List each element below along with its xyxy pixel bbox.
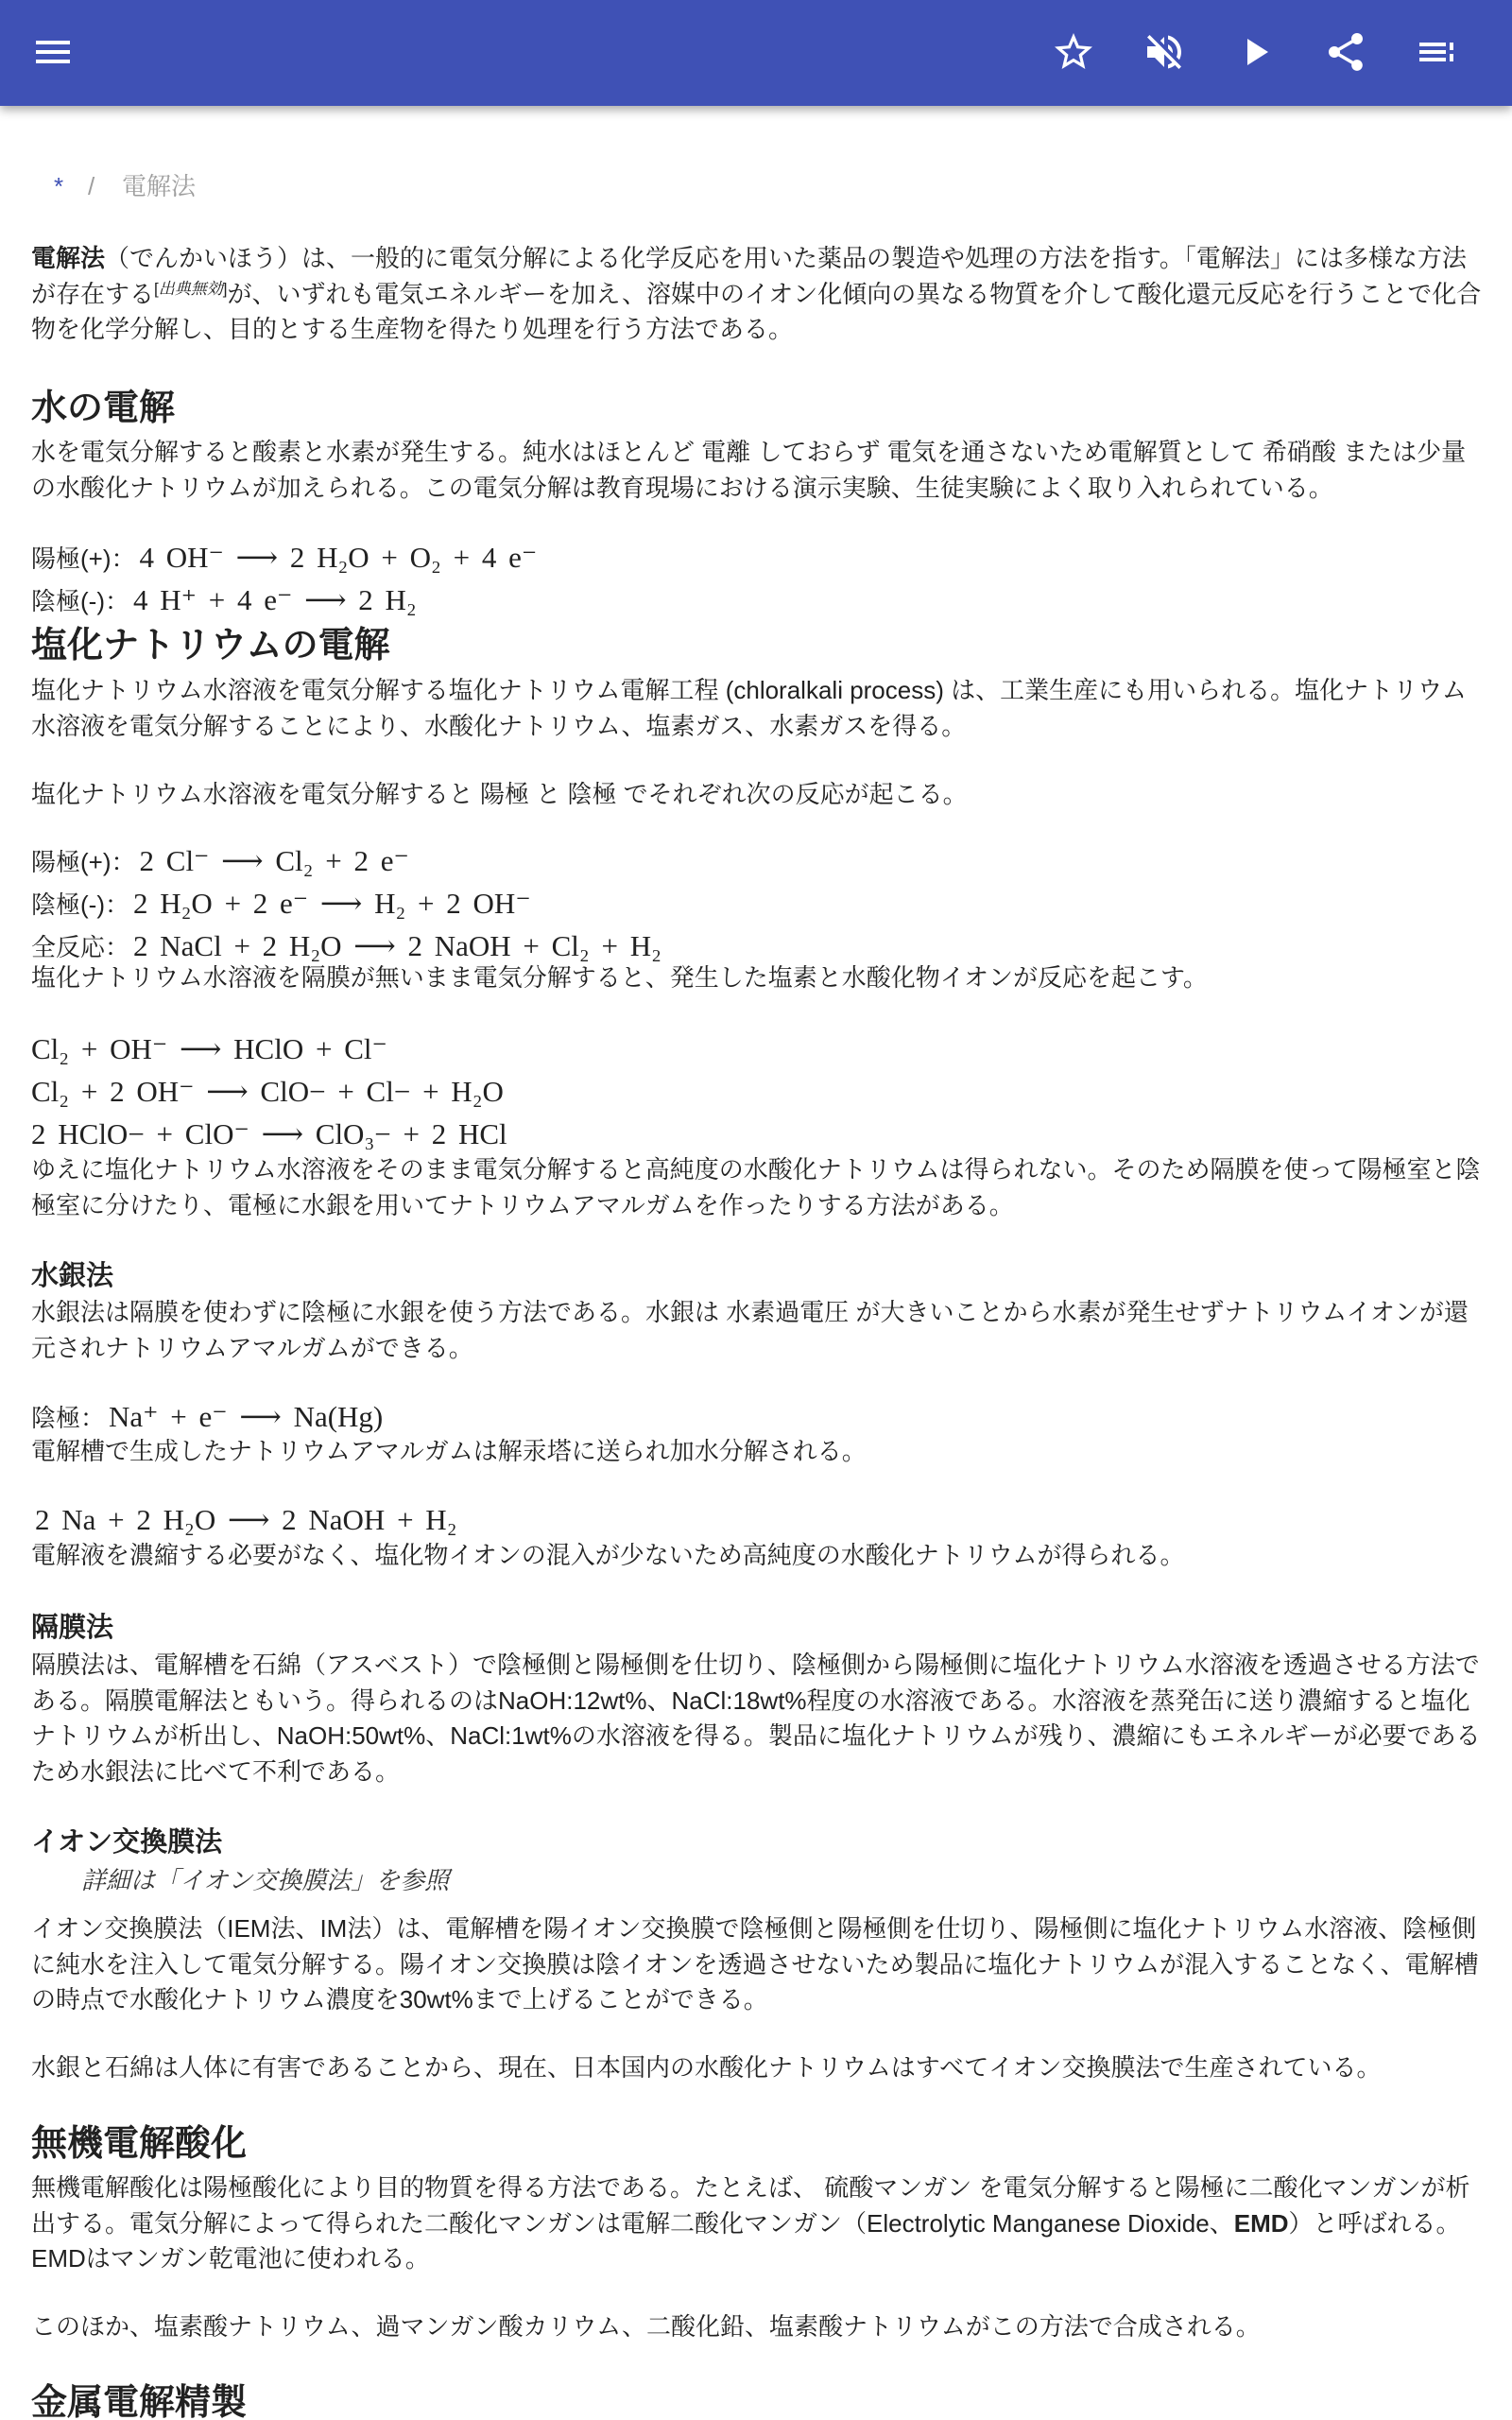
volume-off-icon [1142,29,1187,75]
menu-button[interactable] [30,29,76,75]
nacl-electrode-equations: 陽極(+)：2 Cl⁻ ⟶ Cl₂ + 2 e⁻ 陰極(-)：2 H₂O + 2… [31,840,1488,968]
section-heading-nacl-electrolysis: 塩化ナトリウムの電解 [31,624,1488,667]
mercury-paragraph-1: 水銀法は隔膜を使わずに陰極に水銀を使う方法である。水銀は 水素過電圧 が大きいこ… [31,1295,1488,1366]
water-equations: 陽極(+)：4 OH⁻ ⟶ 2 H₂O + O₂ + 4 e⁻ 陰極(-)：4 … [31,537,1488,622]
link-ionization[interactable]: 電離 [701,438,750,466]
equation-formula: 2 NaCl + 2 H₂O ⟶ 2 NaOH + Cl₂ + H₂ [133,929,661,962]
nacl-paragraph-2: 塩化ナトリウム水溶液を電気分解すると 陽極 と 陰極 でそれぞれ次の反応が起こる… [31,777,1488,813]
subsection-heading-mercury-process: 水銀法 [31,1257,1488,1295]
citation-text: 出典無効 [159,280,223,298]
equation-mercury-cathode: 陰極：Na⁺ + e⁻ ⟶ Na(Hg) [31,1396,1488,1439]
ion-exchange-paragraph-1: イオン交換膜法（IEM法、IM法）は、電解槽を陽イオン交換膜で陰極側と陽極側を仕… [31,1911,1488,2018]
water-paragraph: 水を電気分解すると酸素と水素が発生する。純水はほとんど 電離 しておらず 電気を… [31,435,1488,506]
equation-label: 陰極(-)： [31,587,129,615]
nacl-side-equations: Cl₂ + OH⁻ ⟶ HClO + Cl⁻ Cl₂ + 2 OH⁻ ⟶ ClO… [31,1028,1488,1156]
inorganic-paragraph-2: このほか、塩素酸ナトリウム、過マンガン酸カリウム、二酸化鉛、塩素酸ナトリウムがこ… [31,2309,1488,2345]
subsection-heading-diaphragm-process: 隔膜法 [31,1609,1488,1647]
nacl-paragraph-4: ゆえに塩化ナトリウム水溶液をそのまま電気分解すると高純度の水酸化ナトリウムは得ら… [31,1152,1488,1223]
link-anode[interactable]: 陽極 [480,780,529,808]
equation-formula: Cl₂ + 2 OH⁻ ⟶ ClO− + Cl− + H₂O [31,1075,504,1108]
intro-text-continued: が、いずれも電気エネルギーを加え、溶媒中のイオン化傾向の異なる物質を介して酸化還… [31,280,1481,344]
equation-side-3: 2 HClO− + ClO⁻ ⟶ ClO₃− + 2 HCl [31,1114,1488,1156]
text: 塩化ナトリウム水溶液を電気分解すると [31,780,480,808]
share-button[interactable] [1323,29,1368,75]
equation-label: 陽極(+)： [31,848,136,876]
toc-icon [1414,29,1459,75]
equation-formula: 2 Na + 2 H₂O ⟶ 2 NaOH + H₂ [35,1503,457,1536]
equation-formula: 4 H⁺ + 4 e⁻ ⟶ 2 H₂ [133,583,417,616]
nacl-paragraph-3: 塩化ナトリウム水溶液を隔膜が無いまま電気分解すると、発生した塩素と水酸化物イオン… [31,960,1488,996]
play-icon [1232,29,1278,75]
bookmark-button[interactable] [1051,29,1096,75]
equation-side-1: Cl₂ + OH⁻ ⟶ HClO + Cl⁻ [31,1028,1488,1071]
equation-side-2: Cl₂ + 2 OH⁻ ⟶ ClO− + Cl− + H₂O [31,1071,1488,1114]
text: 水銀法は隔膜を使わずに陰極に水銀を使う方法である。水銀は [31,1298,726,1326]
citation-needed[interactable]: [出典無効] [154,280,227,298]
equation-label: 全反応： [31,933,129,961]
breadcrumb-separator: / [88,168,94,204]
text: しておらず 電気を通さないため電解質として [750,438,1263,466]
equation-formula: 2 H₂O + 2 e⁻ ⟶ H₂ + 2 OH⁻ [133,887,531,920]
mute-button[interactable] [1142,29,1187,75]
breadcrumb-current: 電解法 [122,168,196,204]
diaphragm-paragraph: 隔膜法は、電解槽を石綿（アスベスト）で陰極側と陽極側を仕切り、陰極側から陽極側に… [31,1648,1488,1790]
star-outline-icon [1051,29,1096,75]
article-term: 電解法 [31,244,105,272]
app-bar [0,0,1512,106]
text: でそれぞれ次の反応が起こる。 [616,780,967,808]
equation-formula: 4 OH⁻ ⟶ 2 H₂O + O₂ + 4 e⁻ [140,541,538,574]
equation-formula: 2 Cl⁻ ⟶ Cl₂ + 2 e⁻ [140,844,409,877]
link-cathode[interactable]: 陰極 [567,780,616,808]
share-icon [1323,29,1368,75]
equation-formula: Cl₂ + OH⁻ ⟶ HClO + Cl⁻ [31,1032,387,1065]
intro-paragraph: 電解法（でんかいほう）は、一般的に電気分解による化学反応を用いた薬品の製造や処理… [31,241,1488,348]
text: と [529,780,567,808]
menu-icon [30,29,76,75]
equation-label: 陽極(+)： [31,544,136,573]
section-heading-metal-refining: 金属電解精製 [31,2381,1488,2420]
equation-formula: 2 HClO− + ClO⁻ ⟶ ClO₃− + 2 HCl [31,1117,507,1150]
link-dilute-nitric-acid[interactable]: 希硝酸 [1263,438,1336,466]
breadcrumb: * / 電解法 [0,168,567,204]
equation-anode: 陽極(+)：4 OH⁻ ⟶ 2 H₂O + O₂ + 4 e⁻ [31,537,1488,579]
equation-amalgam-hydrolysis: 2 Na + 2 H₂O ⟶ 2 NaOH + H₂ [35,1499,1492,1542]
equation-cathode: 陰極(-)：2 H₂O + 2 e⁻ ⟶ H₂ + 2 OH⁻ [31,883,1488,925]
see-also-note[interactable]: 詳細は「イオン交換膜法」を参照 [81,1862,449,1898]
equation-formula: Na⁺ + e⁻ ⟶ Na(Hg) [109,1400,383,1433]
mercury-paragraph-2: 電解槽で生成したナトリウムアマルガムは解汞塔に送られ加水分解される。 [31,1434,1488,1470]
breadcrumb-home-link[interactable]: * [54,168,63,204]
table-of-contents-button[interactable] [1414,29,1459,75]
inorganic-paragraph-1: 無機電解酸化は陽極酸化により目的物質を得る方法である。たとえば、 硫酸マンガン … [31,2170,1488,2277]
section-heading-inorganic-oxidation: 無機電解酸化 [31,2122,1488,2166]
link-hydrogen-overvoltage[interactable]: 水素過電圧 [726,1298,849,1326]
section-heading-water-electrolysis: 水の電解 [31,387,1488,430]
text: 無機電解酸化は陽極酸化により目的物質を得る方法である。たとえば、 [31,2173,824,2202]
mercury-paragraph-3: 電解液を濃縮する必要がなく、塩化物イオンの混入が少ないため高純度の水酸化ナトリウ… [31,1538,1488,1574]
subsection-heading-ion-exchange: イオン交換膜法 [31,1824,1488,1861]
nacl-paragraph-1: 塩化ナトリウム水溶液を電気分解する塩化ナトリウム電解工程 (chloralkal… [31,673,1488,744]
play-button[interactable] [1232,29,1278,75]
equation-anode: 陽極(+)：2 Cl⁻ ⟶ Cl₂ + 2 e⁻ [31,840,1488,883]
ion-exchange-paragraph-2: 水銀と石綿は人体に有害であることから、現在、日本国内の水酸化ナトリウムはすべてイ… [31,2050,1488,2086]
link-manganese-sulfate[interactable]: 硫酸マンガン [824,2173,971,2202]
equation-label: 陰極： [31,1404,105,1432]
emd-abbreviation: EMD [1234,2209,1289,2238]
text: 水を電気分解すると酸素と水素が発生する。純水はほとんど [31,438,701,466]
equation-label: 陰極(-)： [31,890,129,919]
equation-cathode: 陰極(-)：4 H⁺ + 4 e⁻ ⟶ 2 H₂ [31,579,1488,622]
